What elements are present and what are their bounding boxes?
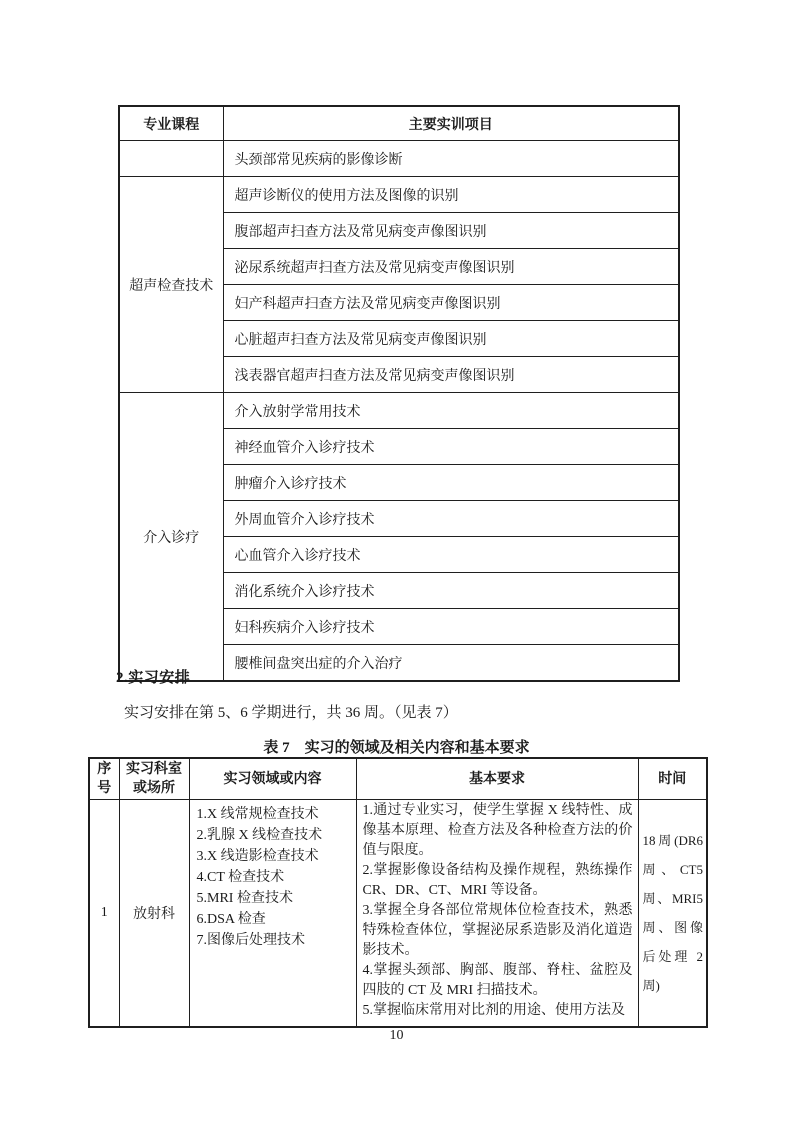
requirement-item: 5.掌握临床常用对比剂的用途、使用方法及 bbox=[363, 1001, 633, 1021]
t1-project-cell: 肿瘤介入诊疗技术 bbox=[223, 465, 679, 501]
table-row: 1 放射科 1.X 线常规检查技术 2.乳腺 X 线检查技术 3.X 线造影检查… bbox=[89, 800, 707, 1028]
table-row: 介入诊疗 介入放射学常用技术 bbox=[119, 393, 679, 429]
t1-project-cell: 妇产科超声扫查方法及常见病变声像图识别 bbox=[223, 285, 679, 321]
content-line: 2.乳腺 X 线检查技术 bbox=[197, 825, 353, 846]
document-page: 专业课程 主要实训项目 头颈部常见疾病的影像诊断 超声检查技术 超声诊断仪的使用… bbox=[0, 0, 793, 1122]
content-line: 3.X 线造影检查技术 bbox=[197, 846, 353, 867]
t1-course-cell-empty bbox=[119, 141, 223, 177]
t7-header-dept: 实习科室或场所 bbox=[119, 758, 189, 800]
requirement-item: 2.掌握影像设备结构及操作规程，熟练操作 CR、DR、CT、MRI 等设备。 bbox=[363, 861, 633, 901]
table-row: 超声检查技术 超声诊断仪的使用方法及图像的识别 bbox=[119, 177, 679, 213]
t1-project-cell: 介入放射学常用技术 bbox=[223, 393, 679, 429]
section-paragraph: 实习安排在第 5、6 学期进行，共 36 周。（见表 7） bbox=[124, 701, 458, 722]
t1-project-cell: 泌尿系统超声扫查方法及常见病变声像图识别 bbox=[223, 249, 679, 285]
t1-project-cell: 外周血管介入诊疗技术 bbox=[223, 501, 679, 537]
t1-project-cell: 腹部超声扫查方法及常见病变声像图识别 bbox=[223, 213, 679, 249]
requirement-item: 1.通过专业实习，使学生掌握 X 线特性、成像基本原理、检查方法及各种检查方法的… bbox=[363, 801, 633, 861]
page-number: 10 bbox=[0, 1028, 793, 1044]
t1-project-cell: 心血管介入诊疗技术 bbox=[223, 537, 679, 573]
table-row: 头颈部常见疾病的影像诊断 bbox=[119, 141, 679, 177]
t1-project-cell: 妇科疾病介入诊疗技术 bbox=[223, 609, 679, 645]
requirement-item: 4.掌握头颈部、胸部、腹部、脊柱、盆腔及四肢的 CT 及 MRI 扫描技术。 bbox=[363, 961, 633, 1001]
t7-header-content: 实习领域或内容 bbox=[189, 758, 356, 800]
table-header-row: 专业课程 主要实训项目 bbox=[119, 106, 679, 141]
section-heading: 2.实习安排 bbox=[116, 666, 190, 687]
content-line: 7.图像后处理技术 bbox=[197, 930, 353, 951]
content-line: 6.DSA 检查 bbox=[197, 909, 353, 930]
t1-project-cell: 消化系统介入诊疗技术 bbox=[223, 573, 679, 609]
t1-course-cell-interventional: 介入诊疗 bbox=[119, 393, 223, 682]
table7-caption: 表 7 实习的领域及相关内容和基本要求 bbox=[0, 736, 793, 757]
t1-project-cell: 腰椎间盘突出症的介入治疗 bbox=[223, 645, 679, 682]
internship-table: 序号 实习科室或场所 实习领域或内容 基本要求 时间 1 放射科 1.X 线常规… bbox=[88, 757, 708, 1028]
t1-course-cell-ultrasound: 超声检查技术 bbox=[119, 177, 223, 393]
training-projects-table: 专业课程 主要实训项目 头颈部常见疾病的影像诊断 超声检查技术 超声诊断仪的使用… bbox=[118, 105, 680, 682]
t1-project-cell: 超声诊断仪的使用方法及图像的识别 bbox=[223, 177, 679, 213]
t1-project-cell: 神经血管介入诊疗技术 bbox=[223, 429, 679, 465]
t7-content-cell: 1.X 线常规检查技术 2.乳腺 X 线检查技术 3.X 线造影检查技术 4.C… bbox=[189, 800, 356, 1028]
t7-requirements-cell: 1.通过专业实习，使学生掌握 X 线特性、成像基本原理、检查方法及各种检查方法的… bbox=[356, 800, 638, 1028]
content-line: 5.MRI 检查技术 bbox=[197, 888, 353, 909]
t1-header-projects: 主要实训项目 bbox=[223, 106, 679, 141]
t7-header-no: 序号 bbox=[89, 758, 119, 800]
t1-header-course: 专业课程 bbox=[119, 106, 223, 141]
content-line: 1.X 线常规检查技术 bbox=[197, 804, 353, 825]
t7-header-requirements: 基本要求 bbox=[356, 758, 638, 800]
t7-time-cell: 18周(DR6周 、 CT5周、MRI5周、图像后处理 2 周) bbox=[638, 800, 707, 1028]
t1-project-cell: 心脏超声扫查方法及常见病变声像图识别 bbox=[223, 321, 679, 357]
t7-header-time: 时间 bbox=[638, 758, 707, 800]
content-line: 4.CT 检查技术 bbox=[197, 867, 353, 888]
t7-no-cell: 1 bbox=[89, 800, 119, 1028]
t1-project-cell: 浅表器官超声扫查方法及常见病变声像图识别 bbox=[223, 357, 679, 393]
t1-project-cell: 头颈部常见疾病的影像诊断 bbox=[223, 141, 679, 177]
requirement-item: 3.掌握全身各部位常规体位检查技术，熟悉特殊检查体位，掌握泌尿系造影及消化道造影… bbox=[363, 901, 633, 961]
t7-dept-cell: 放射科 bbox=[119, 800, 189, 1028]
table-header-row: 序号 实习科室或场所 实习领域或内容 基本要求 时间 bbox=[89, 758, 707, 800]
